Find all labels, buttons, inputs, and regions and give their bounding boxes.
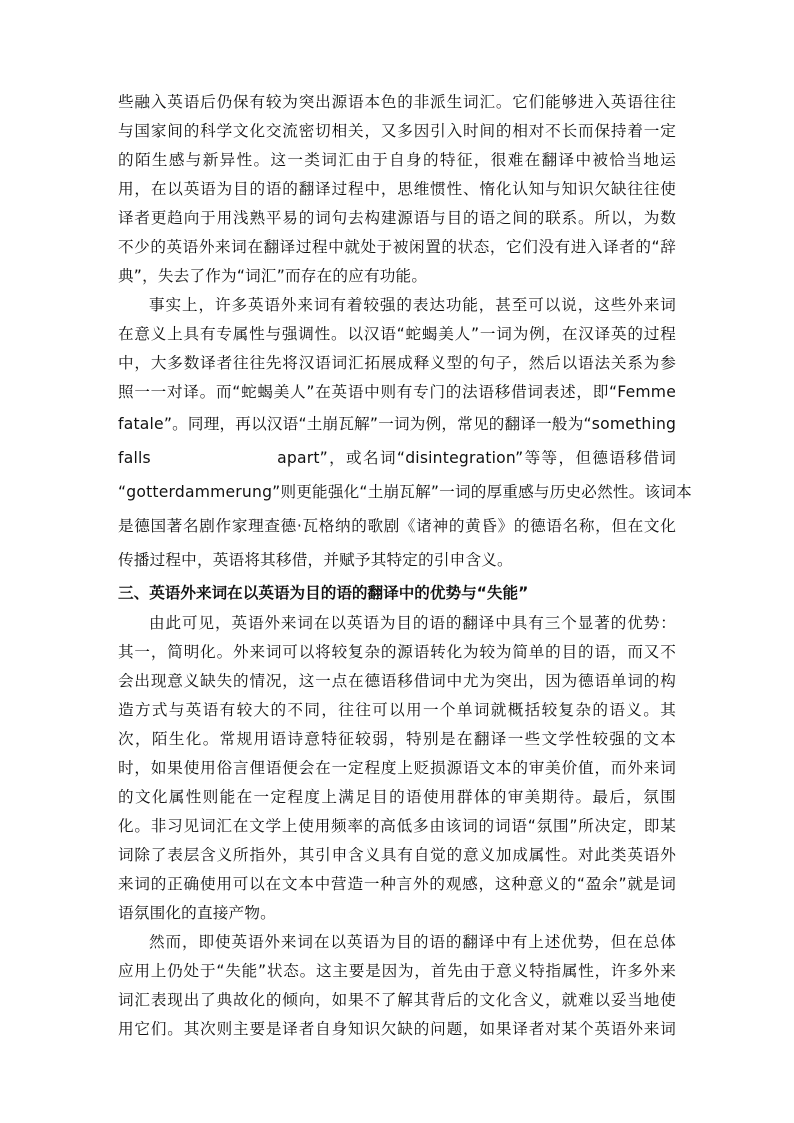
text-line: 是德国著名剧作家理查德·瓦格纳的歌剧《诸神的黄昏》的德语名称，但在文化 [118,509,676,543]
text-line: 词汇表现出了典故化的倾向，如果不了解其背后的文化含义，就难以妥当地使 [118,986,676,1015]
text-line: 些融入英语后仍保有较为突出源语本色的非派生词汇。它们能够进入英语往往 [118,88,676,117]
text-line: 事实上，许多英语外来词有着较强的表达功能，甚至可以说，这些外来词 [118,291,676,320]
paragraph-2: 事实上，许多英语外来词有着较强的表达功能，甚至可以说，这些外来词 在意义上具有专… [118,291,676,577]
text-line: 与国家间的科学文化交流密切相关，又多因引入时间的相对不长而保持着一定 [118,117,676,146]
text-line: 语氛围化的直接产物。 [118,899,676,928]
text-line: 来词的正确使用可以在文本中营造一种言外的观感，这种意义的“盈余”就是词 [118,870,676,899]
paragraph-4: 然而，即使英语外来词在以英语为目的语的翻译中有上述优势，但在总体 应用上仍处于“… [118,928,676,1044]
text-line: “gotterdammerung”则更能强化“土崩瓦解”一词的厚重感与历史必然性… [118,475,676,509]
text-line: 由此可见，英语外来词在以英语为目的语的翻译中具有三个显著的优势： [118,609,676,638]
text-line: 照一一对译。而“蛇蝎美人”在英语中则有专门的法语移借词表述，即“Femme [118,378,676,407]
text-line: 时，如果使用俗言俚语便会在一定程度上贬损源语文本的审美价值，而外来词 [118,754,676,783]
text-line: 传播过程中，英语将其移借，并赋予其特定的引申含义。 [118,543,676,577]
text-line: 词除了表层含义所指外，其引申含义具有自觉的意义加成属性。对此类英语外 [118,841,676,870]
text-line: falls apart”，或名词“disintegration”等等，但德语移借… [118,441,676,475]
text-line: 不少的英语外来词在翻译过程中就处于被闲置的状态，它们没有进入译者的“辞 [118,233,676,262]
section-heading: 三、英语外来词在以英语为目的语的翻译中的优势与“失能” [118,577,676,609]
text-line: 用它们。其次则主要是译者自身知识欠缺的问题，如果译者对某个英语外来词 [118,1015,676,1044]
text-line: 其一，简明化。外来词可以将较复杂的源语转化为较为简单的目的语，而又不 [118,638,676,667]
paragraph-1: 些融入英语后仍保有较为突出源语本色的非派生词汇。它们能够进入英语往往 与国家间的… [118,88,676,291]
text-line: 应用上仍处于“失能”状态。这主要是因为，首先由于意义特指属性，许多外来 [118,957,676,986]
text-line: 次，陌生化。常规用语诗意特征较弱，特别是在翻译一些文学性较强的文本 [118,725,676,754]
text-line: 会出现意义缺失的情况，这一点在德语移借词中尤为突出，因为德语单词的构 [118,667,676,696]
text-line: 译者更趋向于用浅熟平易的词句去构建源语与目的语之间的联系。所以，为数 [118,204,676,233]
text-line: 造方式与英语有较大的不同，往往可以用一个单词就概括较复杂的语义。其 [118,696,676,725]
text-line: fatale”。同理，再以汉语“土崩瓦解”一词为例，常见的翻译一般为“somet… [118,407,676,441]
text-line: 用，在以英语为目的语的翻译过程中，思维惯性、惰化认知与知识欠缺往往使 [118,175,676,204]
text-line: 中，大多数译者往往先将汉语词汇拓展成释义型的句子，然后以语法关系为参 [118,349,676,378]
text-line: 化。非习见词汇在文学上使用频率的高低多由该词的词语“氛围”所决定，即某 [118,812,676,841]
text-line: 在意义上具有专属性与强调性。以汉语“蛇蝎美人”一词为例，在汉译英的过程 [118,320,676,349]
text-line: 典”，失去了作为“词汇”而存在的应有功能。 [118,262,676,291]
text-line: 的陌生感与新异性。这一类词汇由于自身的特征，很难在翻译中被恰当地运 [118,146,676,175]
document-page: 些融入英语后仍保有较为突出源语本色的非派生词汇。它们能够进入英语往往 与国家间的… [118,88,676,1044]
paragraph-3: 由此可见，英语外来词在以英语为目的语的翻译中具有三个显著的优势： 其一，简明化。… [118,609,676,928]
text-line: 然而，即使英语外来词在以英语为目的语的翻译中有上述优势，但在总体 [118,928,676,957]
text-line: 的文化属性则能在一定程度上满足目的语使用群体的审美期待。最后，氛围 [118,783,676,812]
